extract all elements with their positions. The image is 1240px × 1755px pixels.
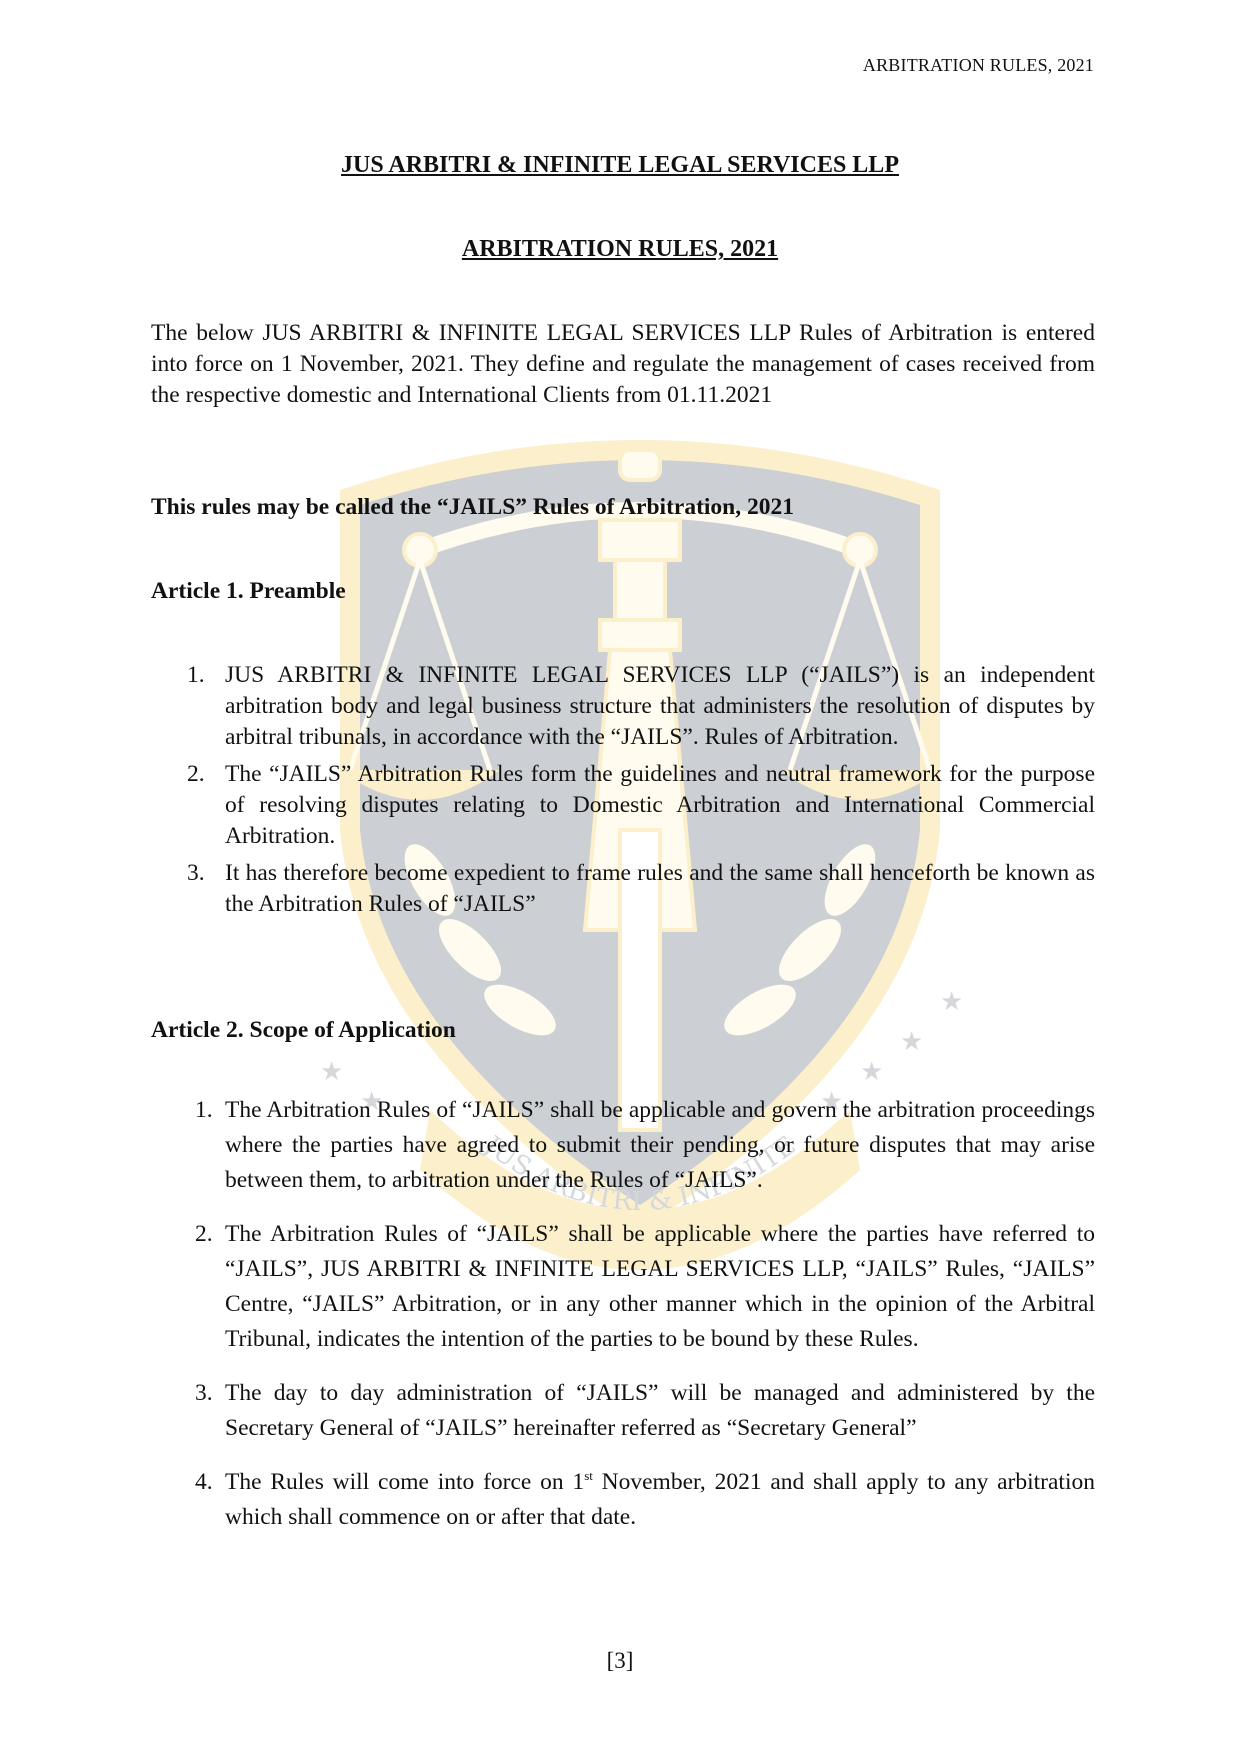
article-2-list: 1.The Arbitration Rules of “JAILS” shall…	[151, 1093, 1095, 1554]
list-number: 3.	[187, 858, 205, 889]
list-number: 3.	[195, 1376, 213, 1411]
list-text: The Rules will come into force on 1st No…	[225, 1469, 1095, 1530]
list-number: 2.	[187, 759, 205, 790]
list-item: 2.The Arbitration Rules of “JAILS” shall…	[151, 1217, 1095, 1357]
ordinal-suffix: st	[584, 1468, 593, 1483]
article-1-list: 1.JUS ARBITRI & INFINITE LEGAL SERVICES …	[151, 660, 1095, 926]
page-number: [3]	[0, 1648, 1240, 1674]
list-item: 1.The Arbitration Rules of “JAILS” shall…	[151, 1093, 1095, 1198]
list-item: 2.The “JAILS” Arbitration Rules form the…	[151, 759, 1095, 852]
list-text-part: The Rules will come into force on 1	[225, 1469, 584, 1495]
list-number: 1.	[195, 1093, 213, 1128]
running-header: ARBITRATION RULES, 2021	[863, 55, 1094, 76]
list-text: JUS ARBITRI & INFINITE LEGAL SERVICES LL…	[225, 662, 1095, 750]
organization-title: JUS ARBITRI & INFINITE LEGAL SERVICES LL…	[0, 152, 1240, 179]
list-number: 4.	[195, 1465, 213, 1500]
intro-paragraph: The below JUS ARBITRI & INFINITE LEGAL S…	[151, 318, 1095, 411]
list-number: 1.	[187, 660, 205, 691]
list-item: 1.JUS ARBITRI & INFINITE LEGAL SERVICES …	[151, 660, 1095, 753]
list-item: 3.The day to day administration of “JAIL…	[151, 1376, 1095, 1446]
list-item: 4.The Rules will come into force on 1st …	[151, 1465, 1095, 1535]
list-item: 3.It has therefore become expedient to f…	[151, 858, 1095, 920]
document-page: ARBITRATION RULES, 2021 JUS ARBITRI & IN…	[0, 0, 1240, 1755]
list-text: The day to day administration of “JAILS”…	[225, 1380, 1095, 1441]
article-2-heading: Article 2. Scope of Application	[151, 1017, 456, 1044]
short-title: This rules may be called the “JAILS” Rul…	[151, 494, 794, 521]
list-text: The Arbitration Rules of “JAILS” shall b…	[225, 1097, 1095, 1193]
list-text: The Arbitration Rules of “JAILS” shall b…	[225, 1221, 1095, 1352]
list-text: The “JAILS” Arbitration Rules form the g…	[225, 761, 1095, 849]
list-number: 2.	[195, 1217, 213, 1252]
list-text: It has therefore become expedient to fra…	[225, 860, 1095, 917]
article-1-heading: Article 1. Preamble	[151, 578, 346, 605]
document-title: ARBITRATION RULES, 2021	[0, 236, 1240, 263]
